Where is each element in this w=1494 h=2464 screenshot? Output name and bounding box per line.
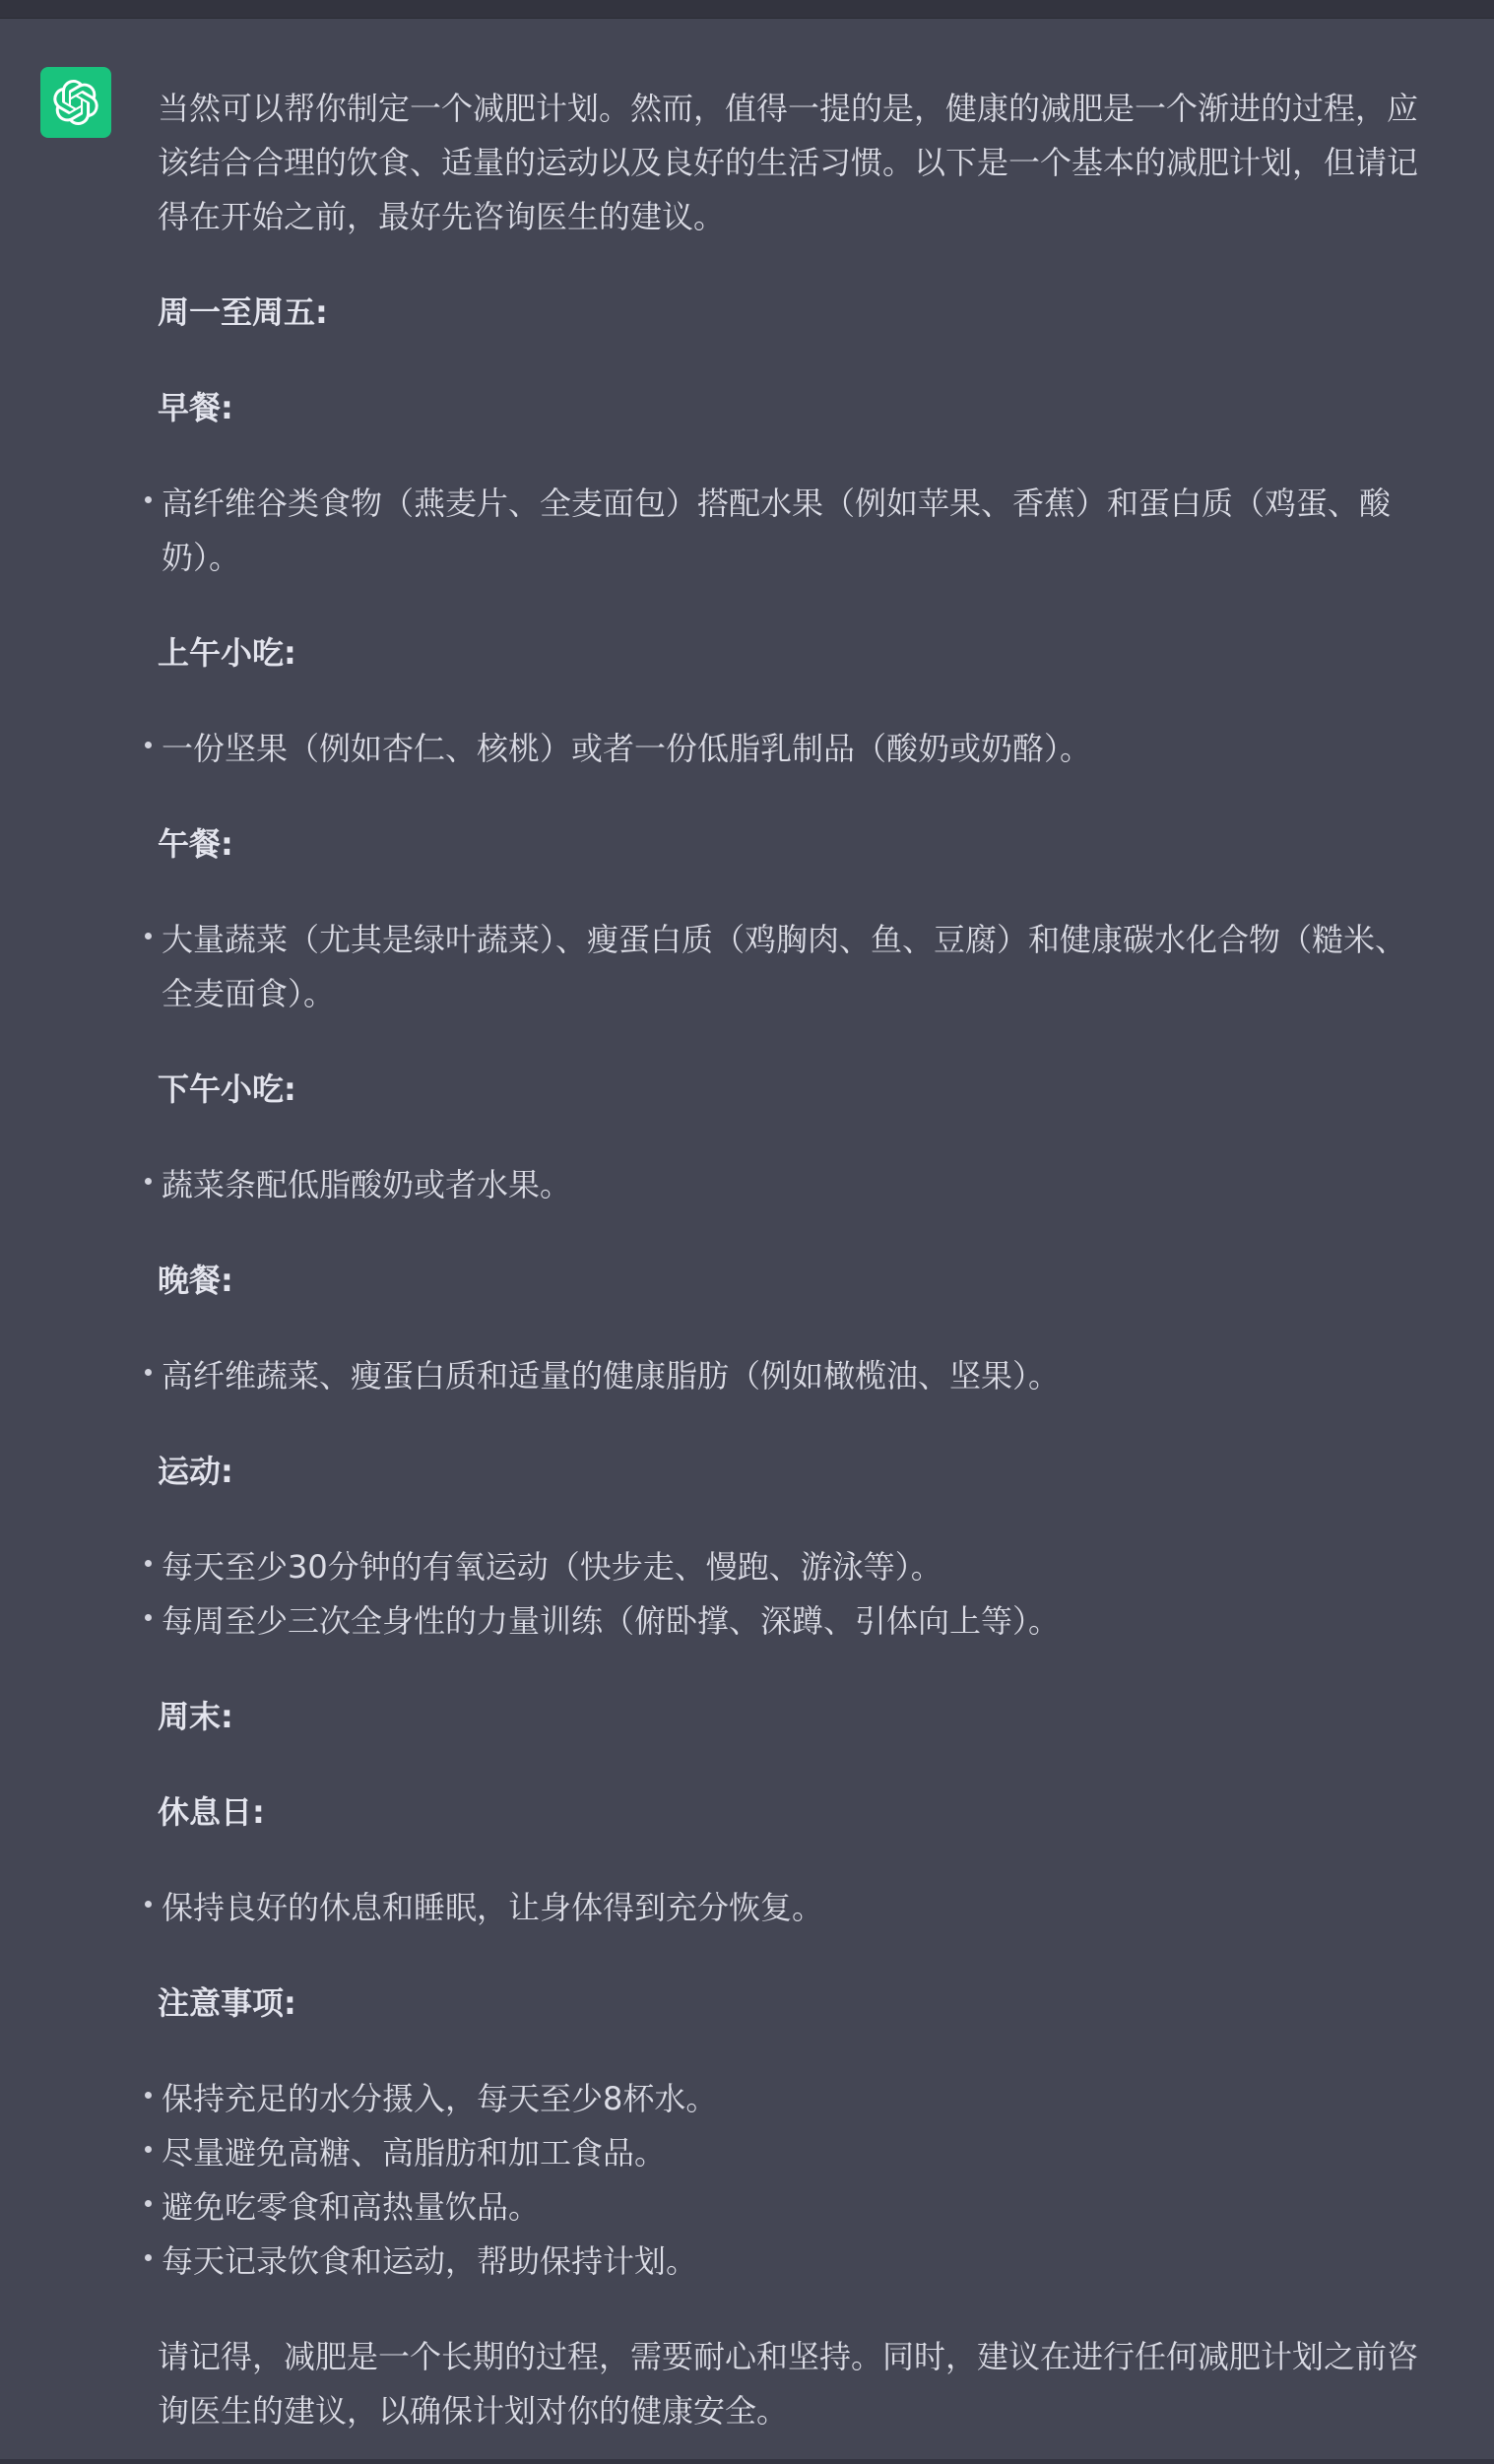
bullet-list: 一份坚果（例如杏仁、核桃）或者一份低脂乳制品（酸奶或奶酪）。 bbox=[158, 722, 1426, 776]
section-heading: 注意事项: bbox=[158, 1977, 1426, 2031]
bullet-list: 保持良好的休息和睡眠，让身体得到充分恢复。 bbox=[158, 1881, 1426, 1935]
list-item: 大量蔬菜（尤其是绿叶蔬菜）、瘦蛋白质（鸡胸肉、鱼、豆腐）和健康碳水化合物（糙米、… bbox=[162, 913, 1426, 1021]
bullet-list: 保持充足的水分摄入，每天至少8杯水。尽量避免高糖、高脂肪和加工食品。避免吃零食和… bbox=[158, 2072, 1426, 2289]
list-item: 一份坚果（例如杏仁、核桃）或者一份低脂乳制品（酸奶或奶酪）。 bbox=[162, 722, 1426, 776]
bottom-divider bbox=[0, 2459, 1494, 2463]
assistant-avatar bbox=[40, 67, 111, 138]
section-heading: 运动: bbox=[158, 1445, 1426, 1499]
section-heading: 下午小吃: bbox=[158, 1063, 1426, 1117]
message-paragraph: 当然可以帮你制定一个减肥计划。然而，值得一提的是，健康的减肥是一个渐进的过程，应… bbox=[158, 82, 1426, 244]
list-item: 尽量避免高糖、高脂肪和加工食品。 bbox=[162, 2126, 1426, 2180]
assistant-message-content: 当然可以帮你制定一个减肥计划。然而，值得一提的是，健康的减肥是一个渐进的过程，应… bbox=[158, 19, 1426, 2438]
section-heading: 周末: bbox=[158, 1690, 1426, 1744]
section-heading: 晚餐: bbox=[158, 1254, 1426, 1308]
list-item: 高纤维蔬菜、瘦蛋白质和适量的健康脂肪（例如橄榄油、坚果）。 bbox=[162, 1349, 1426, 1403]
section-heading: 休息日: bbox=[158, 1785, 1426, 1840]
bullet-list: 大量蔬菜（尤其是绿叶蔬菜）、瘦蛋白质（鸡胸肉、鱼、豆腐）和健康碳水化合物（糙米、… bbox=[158, 913, 1426, 1021]
list-item: 保持充足的水分摄入，每天至少8杯水。 bbox=[162, 2072, 1426, 2126]
section-heading: 午餐: bbox=[158, 817, 1426, 872]
openai-logo-icon bbox=[53, 80, 98, 125]
bullet-list: 高纤维谷类食物（燕麦片、全麦面包）搭配水果（例如苹果、香蕉）和蛋白质（鸡蛋、酸奶… bbox=[158, 477, 1426, 585]
section-heading: 早餐: bbox=[158, 381, 1426, 435]
bullet-list: 蔬菜条配低脂酸奶或者水果。 bbox=[158, 1158, 1426, 1212]
list-item: 每周至少三次全身性的力量训练（俯卧撑、深蹲、引体向上等）。 bbox=[162, 1594, 1426, 1649]
section-heading: 上午小吃: bbox=[158, 626, 1426, 681]
bullet-list: 每天至少30分钟的有氧运动（快步走、慢跑、游泳等）。每周至少三次全身性的力量训练… bbox=[158, 1540, 1426, 1649]
message-paragraph: 请记得，减肥是一个长期的过程，需要耐心和坚持。同时，建议在进行任何减肥计划之前咨… bbox=[158, 2330, 1426, 2438]
list-item: 避免吃零食和高热量饮品。 bbox=[162, 2180, 1426, 2235]
list-item: 保持良好的休息和睡眠，让身体得到充分恢复。 bbox=[162, 1881, 1426, 1935]
list-item: 每天记录饮食和运动，帮助保持计划。 bbox=[162, 2235, 1426, 2289]
list-item: 每天至少30分钟的有氧运动（快步走、慢跑、游泳等）。 bbox=[162, 1540, 1426, 1594]
list-item: 蔬菜条配低脂酸奶或者水果。 bbox=[162, 1158, 1426, 1212]
list-item: 高纤维谷类食物（燕麦片、全麦面包）搭配水果（例如苹果、香蕉）和蛋白质（鸡蛋、酸奶… bbox=[162, 477, 1426, 585]
bullet-list: 高纤维蔬菜、瘦蛋白质和适量的健康脂肪（例如橄榄油、坚果）。 bbox=[158, 1349, 1426, 1403]
top-bar bbox=[0, 0, 1494, 19]
section-heading: 周一至周五: bbox=[158, 286, 1426, 340]
assistant-message-row: 当然可以帮你制定一个减肥计划。然而，值得一提的是，健康的减肥是一个渐进的过程，应… bbox=[0, 19, 1494, 2459]
